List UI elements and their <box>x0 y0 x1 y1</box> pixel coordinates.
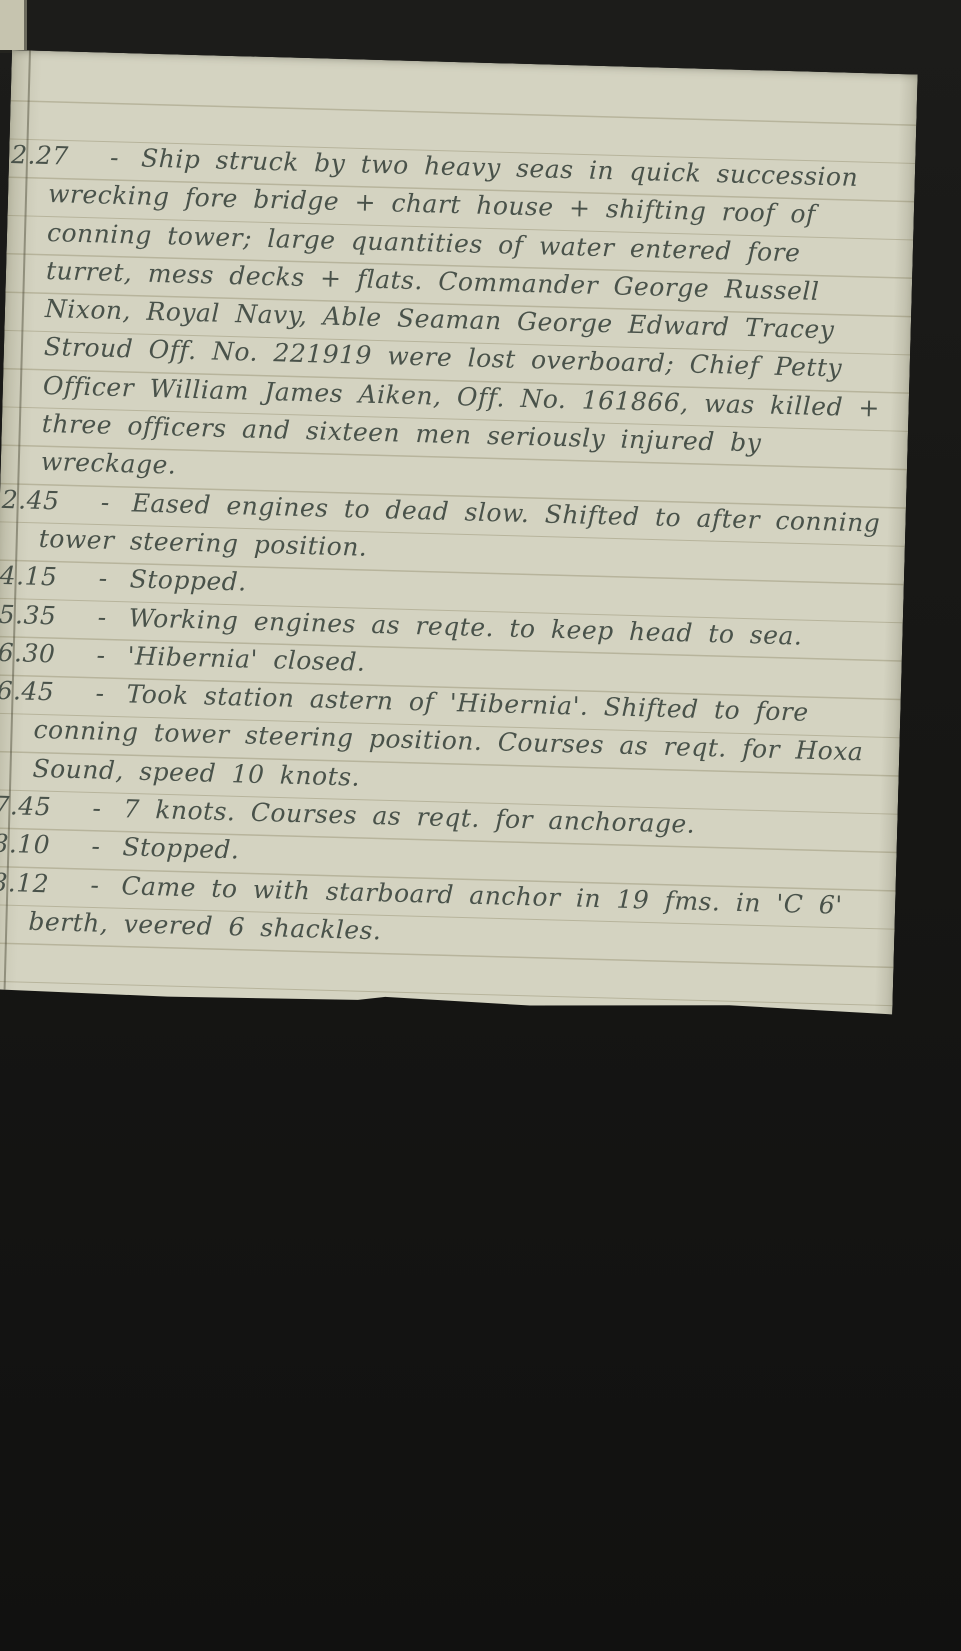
entry-dash: - <box>92 790 102 829</box>
entry-time: 6.30 <box>0 634 56 674</box>
entry-time: 8.12 <box>0 863 50 903</box>
entry-dash: - <box>98 560 108 599</box>
entry-time: 7.45 <box>0 787 52 827</box>
entry-text: Ship struck by two heavy seas in quick s… <box>40 137 901 505</box>
entry-dash: - <box>91 828 101 867</box>
entry-dash: - <box>100 483 110 522</box>
entry-time: 5.35 <box>0 595 57 635</box>
logbook-page: 2.27 - Ship struck by two heavy seas in … <box>0 50 918 1018</box>
entry-time: 4.15 <box>0 557 58 597</box>
entry-time: 2.45 <box>1 481 60 521</box>
entry-dash: - <box>97 598 107 637</box>
log-entries-list: 2.27 - Ship struck by two heavy seas in … <box>0 136 901 964</box>
entry-time: 6.45 <box>0 672 55 712</box>
entry-dash: - <box>110 139 120 178</box>
entry-dash: - <box>95 675 105 714</box>
entry-dash: - <box>96 636 106 675</box>
entry-time: 8.10 <box>0 825 51 865</box>
log-entry: 2.27 - Ship struck by two heavy seas in … <box>0 136 901 505</box>
entry-time: 2.27 <box>11 136 70 176</box>
page-top-edge-tab <box>0 0 27 53</box>
scanned-logbook-photo: 2.27 - Ship struck by two heavy seas in … <box>0 0 961 1651</box>
entry-dash: - <box>90 866 100 905</box>
entry-text: Took station astern of 'Hibernia'. Shift… <box>32 673 887 811</box>
